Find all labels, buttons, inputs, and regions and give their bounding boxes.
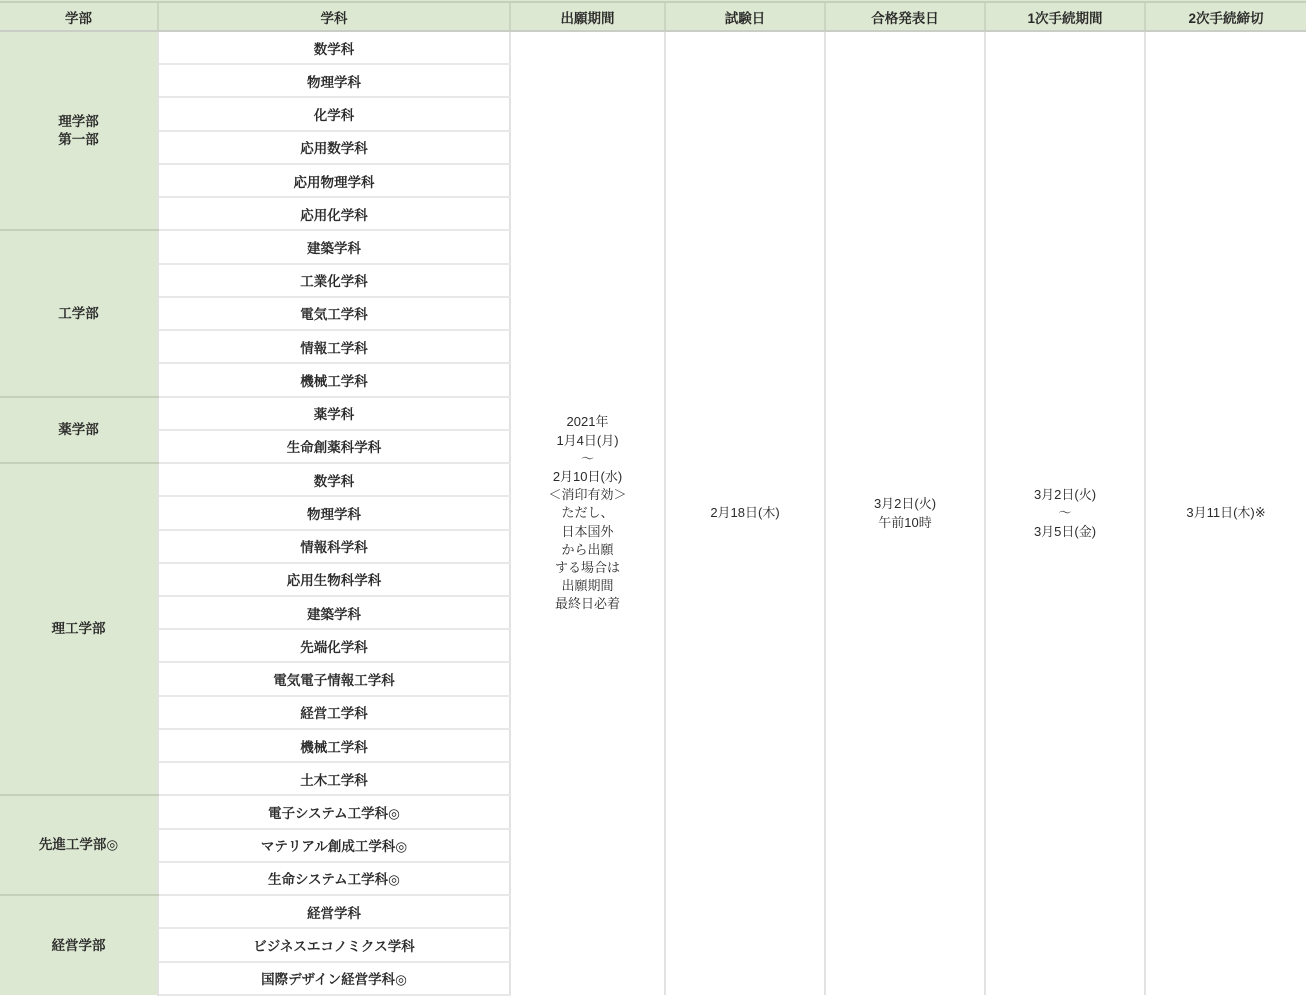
faculty-name-line: 経営学部	[52, 938, 106, 953]
column-header: 出願期間	[510, 3, 665, 31]
column-header: 学部	[0, 3, 158, 31]
table-header-row: 学部学科出願期間試験日合格発表日1次手続期間2次手続締切	[0, 3, 1306, 31]
department-cell: 国際デザイン経営学科◎	[158, 962, 510, 995]
schedule-line: 最終日必着	[555, 596, 620, 611]
department-cell: マテリアル創成工学科◎	[158, 829, 510, 862]
department-cell: 情報科学科	[158, 530, 510, 563]
schedule-line: 3月2日(火)	[1034, 487, 1096, 502]
exam-date-cell: 2月18日(木)	[665, 31, 825, 995]
schedule-line: ～	[581, 451, 594, 466]
faculty-cell: 理工学部	[0, 463, 158, 795]
department-cell: 電気工学科	[158, 297, 510, 330]
column-header: 学科	[158, 3, 510, 31]
schedule-line: する場合は	[555, 560, 620, 575]
schedule-line: 出願期間	[561, 578, 613, 593]
department-cell: 化学科	[158, 97, 510, 130]
faculty-cell: 先進工学部◎	[0, 795, 158, 895]
department-cell: 薬学科	[158, 397, 510, 430]
schedule-line: 2月18日(木)	[710, 505, 779, 520]
department-cell: 経営学科	[158, 895, 510, 928]
faculty-cell: 経営学部	[0, 895, 158, 995]
result-announcement-cell: 3月2日(火)午前10時	[825, 31, 985, 995]
department-cell: 電子システム工学科◎	[158, 795, 510, 828]
second-procedure-deadline-cell: 3月11日(木)※	[1145, 31, 1306, 995]
admission-schedule-page: 学部学科出願期間試験日合格発表日1次手続期間2次手続締切 理学部第一部数学科20…	[0, 0, 1306, 998]
department-cell: 応用数学科	[158, 131, 510, 164]
schedule-line: 3月2日(火)	[874, 496, 936, 511]
faculty-name-line: 薬学部	[58, 422, 99, 437]
department-cell: 建築学科	[158, 230, 510, 263]
schedule-line: 午前10時	[878, 515, 931, 530]
header-row: 学部学科出願期間試験日合格発表日1次手続期間2次手続締切	[0, 3, 1306, 31]
department-cell: 機械工学科	[158, 729, 510, 762]
department-cell: ビジネスエコノミクス学科	[158, 928, 510, 961]
department-cell: 機械工学科	[158, 363, 510, 396]
department-cell: 土木工学科	[158, 762, 510, 795]
faculty-cell: 薬学部	[0, 397, 158, 463]
schedule-line: から出願	[561, 542, 613, 557]
department-cell: 生命システム工学科◎	[158, 862, 510, 895]
faculty-name-line: 第一部	[58, 132, 99, 147]
department-cell: 経営工学科	[158, 696, 510, 729]
schedule-line: 3月11日(木)※	[1186, 505, 1265, 520]
schedule-line: 1月4日(月)	[556, 433, 618, 448]
schedule-line: 3月5日(金)	[1034, 524, 1096, 539]
department-cell: 物理学科	[158, 64, 510, 97]
department-cell: 数学科	[158, 31, 510, 64]
column-header: 合格発表日	[825, 3, 985, 31]
table-row: 理学部第一部数学科2021年1月4日(月)～2月10日(水)＜消印有効＞ただし、…	[0, 31, 1306, 64]
column-header: 2次手続締切	[1145, 3, 1306, 31]
first-procedure-period-cell: 3月2日(火)～3月5日(金)	[985, 31, 1145, 995]
department-cell: 建築学科	[158, 596, 510, 629]
department-cell: 先端化学科	[158, 629, 510, 662]
department-cell: 生命創薬科学科	[158, 430, 510, 463]
faculty-cell: 工学部	[0, 230, 158, 396]
column-header: 試験日	[665, 3, 825, 31]
schedule-line: ～	[1058, 505, 1071, 520]
faculty-name-line: 工学部	[58, 306, 99, 321]
department-cell: 情報工学科	[158, 330, 510, 363]
schedule-line: ＜消印有効＞	[548, 487, 626, 502]
admission-table: 学部学科出願期間試験日合格発表日1次手続期間2次手続締切 理学部第一部数学科20…	[0, 3, 1306, 996]
faculty-cell: 理学部第一部	[0, 31, 158, 230]
schedule-line: ただし、	[561, 505, 613, 520]
faculty-name-line: 理学部	[58, 114, 99, 129]
department-cell: 数学科	[158, 463, 510, 496]
department-cell: 電気電子情報工学科	[158, 662, 510, 695]
department-cell: 応用化学科	[158, 197, 510, 230]
department-cell: 応用物理学科	[158, 164, 510, 197]
faculty-name-line: 理工学部	[52, 621, 106, 636]
department-cell: 応用生物科学科	[158, 563, 510, 596]
schedule-line: 日本国外	[561, 524, 613, 539]
department-cell: 工業化学科	[158, 264, 510, 297]
schedule-line: 2021年	[567, 414, 609, 429]
schedule-line: 2月10日(水)	[553, 469, 622, 484]
department-cell: 物理学科	[158, 496, 510, 529]
column-header: 1次手続期間	[985, 3, 1145, 31]
application-period-cell: 2021年1月4日(月)～2月10日(水)＜消印有効＞ただし、日本国外から出願す…	[510, 31, 665, 995]
faculty-name-line: 先進工学部◎	[39, 837, 118, 852]
table-body: 理学部第一部数学科2021年1月4日(月)～2月10日(水)＜消印有効＞ただし、…	[0, 31, 1306, 995]
